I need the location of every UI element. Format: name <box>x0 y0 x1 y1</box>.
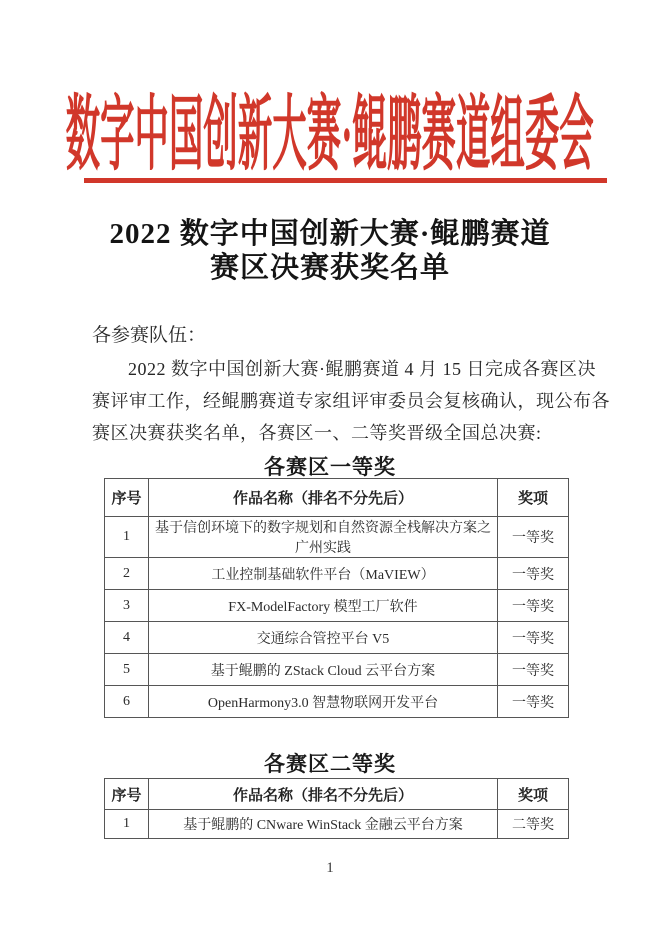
table-header-row: 序号 作品名称（排名不分先后） 奖项 <box>105 779 569 810</box>
banner-underline <box>84 178 607 183</box>
second-prize-table: 序号 作品名称（排名不分先后） 奖项 1基于鲲鹏的 CNware WinStac… <box>104 778 569 839</box>
row-index: 3 <box>105 590 149 622</box>
work-title: 基于鲲鹏的 ZStack Cloud 云平台方案 <box>149 654 498 686</box>
column-header-index: 序号 <box>105 779 149 810</box>
work-title: FX-ModelFactory 模型工厂软件 <box>149 590 498 622</box>
column-header-work-title: 作品名称（排名不分先后） <box>149 479 498 517</box>
column-header-award: 奖项 <box>498 479 569 517</box>
work-title: 基于信创环境下的数字规划和自然资源全栈解决方案之广州实践 <box>149 517 498 558</box>
table-row: 1基于鲲鹏的 CNware WinStack 金融云平台方案二等奖 <box>105 810 569 839</box>
row-index: 5 <box>105 654 149 686</box>
greeting-line: 各参赛队伍： <box>92 320 206 347</box>
column-header-work-title: 作品名称（排名不分先后） <box>149 779 498 810</box>
section-heading-second-prize: 各赛区二等奖 <box>0 748 660 778</box>
banner-title: 数字中国创新大赛·鲲鹏赛道组委会 <box>66 94 594 176</box>
banner: 数字中国创新大赛·鲲鹏赛道组委会 <box>0 94 660 176</box>
work-title: OpenHarmony3.0 智慧物联网开发平台 <box>149 686 498 718</box>
award-label: 一等奖 <box>498 686 569 718</box>
document-title-line1: 2022 数字中国创新大赛·鲲鹏赛道 <box>0 217 660 251</box>
row-index: 4 <box>105 622 149 654</box>
award-label: 二等奖 <box>498 810 569 839</box>
award-label: 一等奖 <box>498 517 569 558</box>
award-label: 一等奖 <box>498 558 569 590</box>
table-header-row: 序号 作品名称（排名不分先后） 奖项 <box>105 479 569 517</box>
table-row: 5基于鲲鹏的 ZStack Cloud 云平台方案一等奖 <box>105 654 569 686</box>
column-header-award: 奖项 <box>498 779 569 810</box>
row-index: 1 <box>105 517 149 558</box>
row-index: 1 <box>105 810 149 839</box>
section-heading-first-prize: 各赛区一等奖 <box>0 451 660 481</box>
table-row: 1基于信创环境下的数字规划和自然资源全栈解决方案之广州实践一等奖 <box>105 517 569 558</box>
award-label: 一等奖 <box>498 590 569 622</box>
first-prize-table: 序号 作品名称（排名不分先后） 奖项 1基于信创环境下的数字规划和自然资源全栈解… <box>104 478 569 718</box>
table-row: 6OpenHarmony3.0 智慧物联网开发平台一等奖 <box>105 686 569 718</box>
row-index: 2 <box>105 558 149 590</box>
paragraph-line-2: 赛评审工作，经鲲鹏赛道专家组评审委员会复核确认，现公布各 <box>92 385 572 417</box>
document-title: 2022 数字中国创新大赛·鲲鹏赛道 赛区决赛获奖名单 <box>0 217 660 285</box>
work-title: 工业控制基础软件平台（MaVIEW） <box>149 558 498 590</box>
document-page: 数字中国创新大赛·鲲鹏赛道组委会 2022 数字中国创新大赛·鲲鹏赛道 赛区决赛… <box>0 0 660 934</box>
table-row: 3FX-ModelFactory 模型工厂软件一等奖 <box>105 590 569 622</box>
award-label: 一等奖 <box>498 654 569 686</box>
paragraph-line-3: 赛区决赛获奖名单，各赛区一、二等奖晋级全国总决赛: <box>92 417 572 449</box>
work-title: 交通综合管控平台 V5 <box>149 622 498 654</box>
document-title-line2: 赛区决赛获奖名单 <box>0 251 660 285</box>
column-header-index: 序号 <box>105 479 149 517</box>
award-label: 一等奖 <box>498 622 569 654</box>
body-paragraph: 2022 数字中国创新大赛·鲲鹏赛道 4 月 15 日完成各赛区决 赛评审工作，… <box>92 353 572 449</box>
page-number: 1 <box>0 860 660 877</box>
paragraph-line-1: 2022 数字中国创新大赛·鲲鹏赛道 4 月 15 日完成各赛区决 <box>92 353 572 385</box>
table-row: 2工业控制基础软件平台（MaVIEW）一等奖 <box>105 558 569 590</box>
table-row: 4交通综合管控平台 V5一等奖 <box>105 622 569 654</box>
row-index: 6 <box>105 686 149 718</box>
work-title: 基于鲲鹏的 CNware WinStack 金融云平台方案 <box>149 810 498 839</box>
